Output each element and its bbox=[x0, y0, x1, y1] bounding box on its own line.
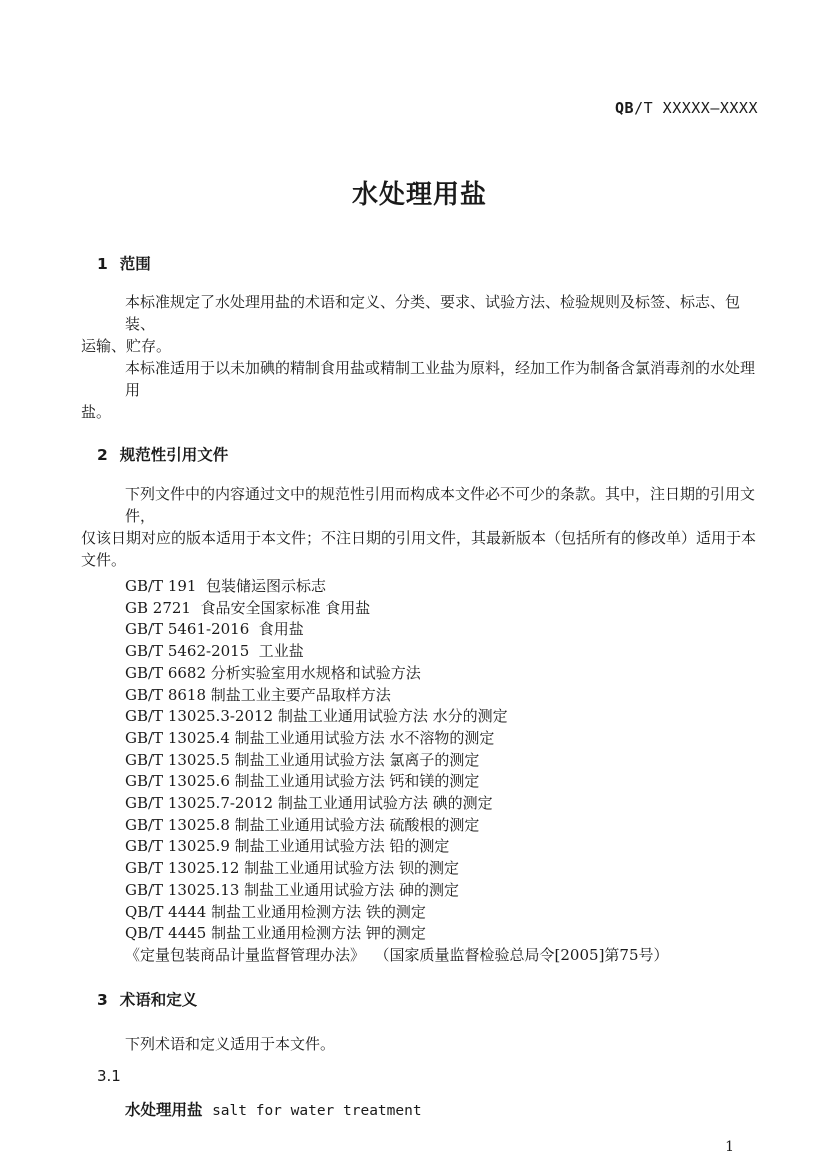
paragraph-line: 文件。 bbox=[81, 549, 758, 571]
reference-item: GB/T 13025.13 制盐工业通用试验方法 砷的测定 bbox=[125, 880, 758, 902]
reference-item: GB/T 13025.4 制盐工业通用试验方法 水不溶物的测定 bbox=[125, 728, 758, 750]
reference-item: GB/T 8618 制盐工业主要产品取样方法 bbox=[125, 685, 758, 707]
section-title: 范围 bbox=[120, 255, 151, 273]
paragraph-line: 仅该日期对应的版本适用于本文件；不注日期的引用文件，其最新版本（包括所有的修改单… bbox=[81, 527, 758, 549]
section-number: 2 bbox=[97, 445, 108, 465]
term-number: 3.1 bbox=[97, 1065, 758, 1087]
term-chinese: 水处理用盐 bbox=[125, 1101, 203, 1119]
reference-item: GB/T 13025.6 制盐工业通用试验方法 钙和镁的测定 bbox=[125, 771, 758, 793]
document-page: QB/T XXXXX—XXXX 水处理用盐 1范围 本标准规定了水处理用盐的术语… bbox=[0, 0, 826, 1169]
normative-references-list: GB/T 191 包装储运图示标志 GB 2721 食品安全国家标准 食用盐 G… bbox=[81, 576, 758, 967]
reference-item: QB/T 4445 制盐工业通用检测方法 钾的测定 bbox=[125, 923, 758, 945]
reference-item: GB/T 13025.7-2012 制盐工业通用试验方法 碘的测定 bbox=[125, 793, 758, 815]
reference-item: GB/T 13025.3-2012 制盐工业通用试验方法 水分的测定 bbox=[125, 706, 758, 728]
reference-item: GB/T 13025.9 制盐工业通用试验方法 铅的测定 bbox=[125, 836, 758, 858]
term-english: salt for water treatment bbox=[212, 1103, 422, 1119]
reference-item: GB/T 13025.8 制盐工业通用试验方法 硫酸根的测定 bbox=[125, 815, 758, 837]
scope-paragraph-1: 本标准规定了水处理用盐的术语和定义、分类、要求、试验方法、检验规则及标签、标志、… bbox=[81, 291, 758, 357]
section-heading-scope: 1范围 bbox=[97, 254, 758, 274]
standard-code-header: QB/T XXXXX—XXXX bbox=[81, 100, 758, 117]
document-title: 水处理用盐 bbox=[81, 179, 758, 211]
paragraph-line: 本标准适用于以未加碘的精制食用盐或精制工业盐为原料，经加工作为制备含氯消毒剂的水… bbox=[81, 357, 758, 401]
reference-item: GB/T 5462-2015 工业盐 bbox=[125, 641, 758, 663]
paragraph-line: 下列文件中的内容通过文中的规范性引用而构成本文件必不可少的条款。其中，注日期的引… bbox=[81, 483, 758, 527]
reference-item: GB/T 13025.12 制盐工业通用试验方法 钡的测定 bbox=[125, 858, 758, 880]
scope-paragraph-2: 本标准适用于以未加碘的精制食用盐或精制工业盐为原料，经加工作为制备含氯消毒剂的水… bbox=[81, 357, 758, 423]
page-number: 1 bbox=[81, 1138, 758, 1156]
references-intro-paragraph: 下列文件中的内容通过文中的规范性引用而构成本文件必不可少的条款。其中，注日期的引… bbox=[81, 483, 758, 571]
term-gap bbox=[203, 1101, 213, 1119]
reference-item: QB/T 4444 制盐工业通用检测方法 铁的测定 bbox=[125, 902, 758, 924]
reference-item: 《定量包装商品计量监督管理办法》 （国家质量监督检验总局令[2005]第75号） bbox=[125, 945, 758, 967]
paragraph-line: 本标准规定了水处理用盐的术语和定义、分类、要求、试验方法、检验规则及标签、标志、… bbox=[81, 291, 758, 335]
reference-item: GB/T 5461-2016 食用盐 bbox=[125, 619, 758, 641]
reference-item: GB/T 6682 分析实验室用水规格和试验方法 bbox=[125, 663, 758, 685]
reference-item: GB 2721 食品安全国家标准 食用盐 bbox=[125, 598, 758, 620]
section-heading-normative-references: 2规范性引用文件 bbox=[97, 445, 758, 465]
paragraph-line: 运输、贮存。 bbox=[81, 335, 758, 357]
terms-intro-paragraph: 下列术语和定义适用于本文件。 bbox=[81, 1033, 758, 1055]
section-title: 术语和定义 bbox=[120, 991, 198, 1009]
reference-item: GB/T 13025.5 制盐工业通用试验方法 氯离子的测定 bbox=[125, 750, 758, 772]
section-number: 1 bbox=[97, 254, 108, 274]
paragraph-line: 下列术语和定义适用于本文件。 bbox=[81, 1033, 758, 1055]
standard-code-prefix: QB bbox=[615, 99, 634, 117]
term-definition-line: 水处理用盐 salt for water treatment bbox=[125, 1099, 758, 1122]
section-number: 3 bbox=[97, 990, 108, 1010]
reference-item: GB/T 191 包装储运图示标志 bbox=[125, 576, 758, 598]
section-heading-terms: 3术语和定义 bbox=[97, 990, 758, 1010]
paragraph-line: 盐。 bbox=[81, 401, 758, 423]
section-title: 规范性引用文件 bbox=[120, 446, 229, 464]
standard-code-number: /T XXXXX—XXXX bbox=[634, 99, 758, 117]
